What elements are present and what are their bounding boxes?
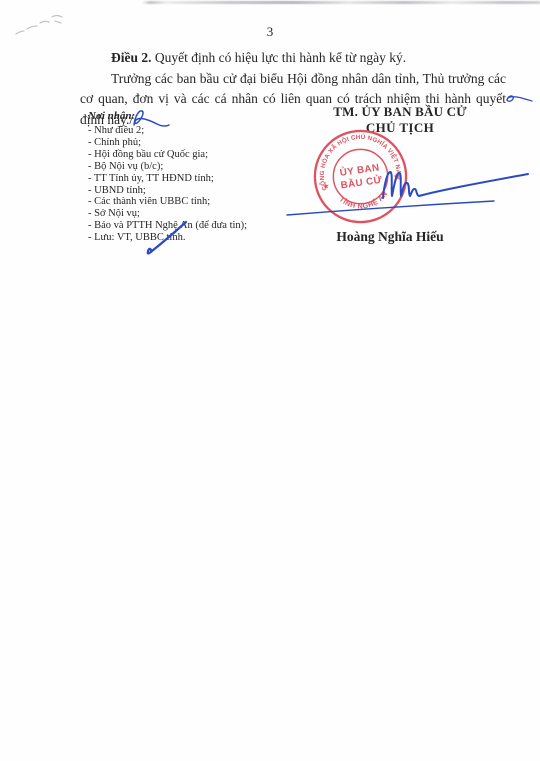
article-paragraph: Điều 2. Quyết định có hiệu lực thi hành … [80, 48, 506, 69]
signature-org-line: TM. ỦY BAN BẦU CỬ [280, 104, 520, 120]
page-number: 3 [0, 24, 540, 40]
signer-name: Hoàng Nghĩa Hiếu [300, 229, 480, 245]
article-label: Điều 2. [111, 50, 152, 65]
pen-mark-check [136, 218, 192, 262]
document-page: 3 Điều 2. Quyết định có hiệu lực thi hàn… [0, 0, 540, 761]
scan-artifact-line [142, 1, 540, 4]
pen-mark-initial [126, 107, 172, 131]
recipient-item: - Chính phủ; [88, 137, 318, 149]
handwritten-signature [280, 158, 540, 223]
pen-mark-flourish [503, 90, 535, 106]
recipient-item: - Lưu: VT, UBBC tỉnh. [88, 232, 318, 244]
article-text: Quyết định có hiệu lực thi hành kể từ ng… [152, 50, 407, 65]
